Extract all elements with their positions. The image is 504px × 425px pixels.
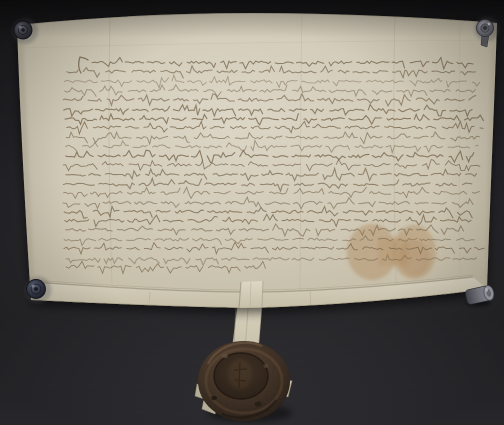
charter-scene: [0, 0, 504, 425]
pin-top-left: [12, 18, 38, 44]
pin-bottom-left: [25, 277, 52, 304]
photo-medieval-charter: Photograph of a medieval parchment chart…: [0, 0, 504, 425]
wax-seal: [195, 341, 292, 422]
seal-tag-flap: [239, 281, 263, 308]
